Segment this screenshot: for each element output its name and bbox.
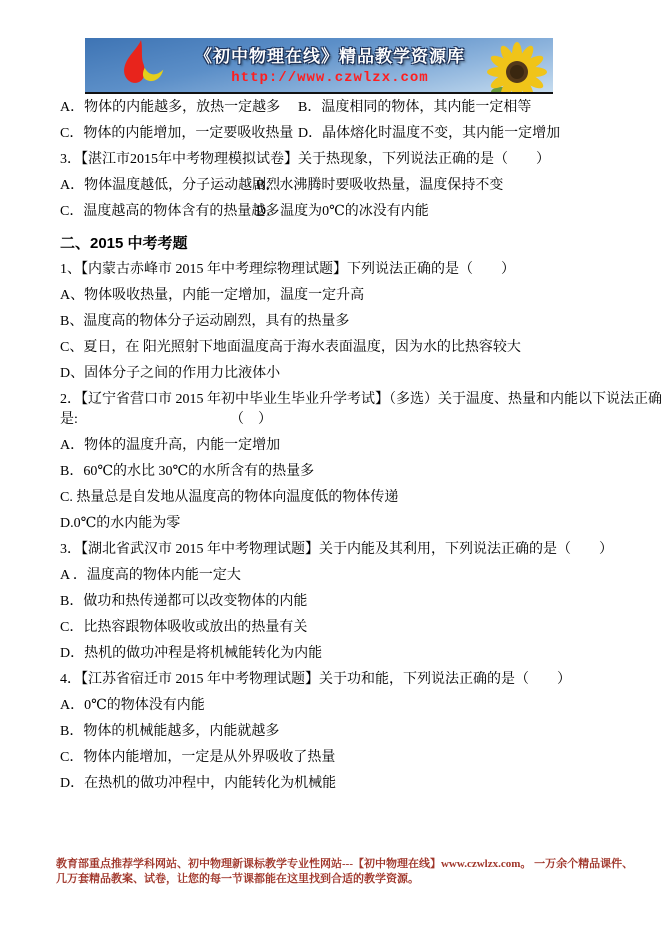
flame-logo-icon xyxy=(113,40,169,90)
option-b: B．水沸腾时要吸收热量，温度保持不变 xyxy=(256,178,503,193)
q4-option-b: B．物体的机械能越多，内能就越多 xyxy=(60,719,612,745)
q2-option-b: B．60℃的水比 30℃的水所含有的热量多 xyxy=(60,459,612,485)
banner-text: 《初中物理在线》精品教学资源库 http://www.czwlzx.com xyxy=(180,42,480,86)
q1-option-d: D、固体分子之间的作用力比液体小 xyxy=(60,361,612,387)
exam-content: A．物体的内能越多，放热一定越多B．温度相同的物体，其内能一定相等 C．物体的内… xyxy=(60,95,612,797)
footer-line-1: 教育部重点推荐学科网站、初中物理新课标教学专业性网站---【初中物理在线】www… xyxy=(56,857,641,872)
q3-prev-options-cd: C．物体的内能增加，一定要吸收热量D．晶体熔化时温度不变，其内能一定增加 xyxy=(60,121,612,147)
option-d: D．晶体熔化时温度不变，其内能一定增加 xyxy=(298,126,560,141)
q2-option-d: D.0℃的水内能为零 xyxy=(60,511,612,537)
q3-wuhan-header: 3．【湖北省武汉市 2015 年中考物理试题】关于内能及其利用，下列说法正确的是… xyxy=(60,537,612,563)
option-c: C．物体的内能增加，一定要吸收热量 xyxy=(60,121,298,147)
q3-option-a: A ．温度高的物体内能一定大 xyxy=(60,563,612,589)
q3-prev-options-ab: A．物体的内能越多，放热一定越多B．温度相同的物体，其内能一定相等 xyxy=(60,95,612,121)
q1-option-c: C、夏日，在 阳光照射下地面温度高于海水表面温度，因为水的比热容较大 xyxy=(60,335,612,361)
document-page: 《初中物理在线》精品教学资源库 http://www.czwlzx.com xyxy=(0,0,661,936)
q4-option-a: A．0℃的物体没有内能 xyxy=(60,693,612,719)
q4-option-c: C．物体内能增加，一定是从外界吸收了热量 xyxy=(60,745,612,771)
option-d: D．温度为0℃的冰没有内能 xyxy=(256,204,429,219)
q4-suqian-header: 4．【江苏省宿迁市 2015 年中考物理试题】关于功和能，下列说法正确的是（ ） xyxy=(60,667,612,693)
option-c: C．温度越高的物体含有的热量越多 xyxy=(60,199,256,225)
q3-options-cd: C．温度越高的物体含有的热量越多D．温度为0℃的冰没有内能 xyxy=(60,199,612,225)
site-footer: 教育部重点推荐学科网站、初中物理新课标教学专业性网站---【初中物理在线】www… xyxy=(56,857,641,887)
q2-option-a: A．物体的温度升高，内能一定增加 xyxy=(60,433,612,459)
q3-option-d: D．热机的做功冲程是将机械能转化为内能 xyxy=(60,641,612,667)
q1-chifeng-header: 1、【内蒙古赤峰市 2015 年中考理综物理试题】下列说法正确的是（ ） xyxy=(60,257,612,283)
q3-option-c: C．比热容跟物体吸收或放出的热量有关 xyxy=(60,615,612,641)
q3-zhanjiang-header: 3．【湛江市2015年中考物理模拟试卷】关于热现象，下列说法正确的是（ ） xyxy=(60,147,612,173)
option-a: A．物体温度越低，分子运动越剧烈 xyxy=(60,173,256,199)
q2-header-tail: 是: xyxy=(60,407,230,433)
option-a: A．物体的内能越多，放热一定越多 xyxy=(60,95,298,121)
site-banner: 《初中物理在线》精品教学资源库 http://www.czwlzx.com xyxy=(85,38,553,94)
q3-option-b: B．做功和热传递都可以改变物体的内能 xyxy=(60,589,612,615)
banner-url-link[interactable]: http://www.czwlzx.com xyxy=(180,70,480,86)
q1-option-b: B、温度高的物体分子运动剧烈，具有的热量多 xyxy=(60,309,612,335)
q1-option-a: A、物体吸收热量，内能一定增加，温度一定升高 xyxy=(60,283,612,309)
q4-option-d: D．在热机的做功冲程中，内能转化为机械能 xyxy=(60,771,612,797)
q2-answer-blank: （ ） xyxy=(230,412,272,427)
sunflower-icon xyxy=(485,40,549,94)
section-heading: 二、2015 中考考题 xyxy=(60,231,612,257)
q2-option-c: C. 热量总是自发地从温度高的物体向温度低的物体传递 xyxy=(60,485,612,511)
footer-line-2: 几万套精品教案、试卷，让您的每一节课都能在这里找到合适的教学资源。 xyxy=(56,872,641,887)
banner-title: 《初中物理在线》精品教学资源库 xyxy=(180,42,480,67)
option-b: B．温度相同的物体，其内能一定相等 xyxy=(298,100,531,115)
q3-options-ab: A．物体温度越低，分子运动越剧烈B．水沸腾时要吸收热量，温度保持不变 xyxy=(60,173,612,199)
